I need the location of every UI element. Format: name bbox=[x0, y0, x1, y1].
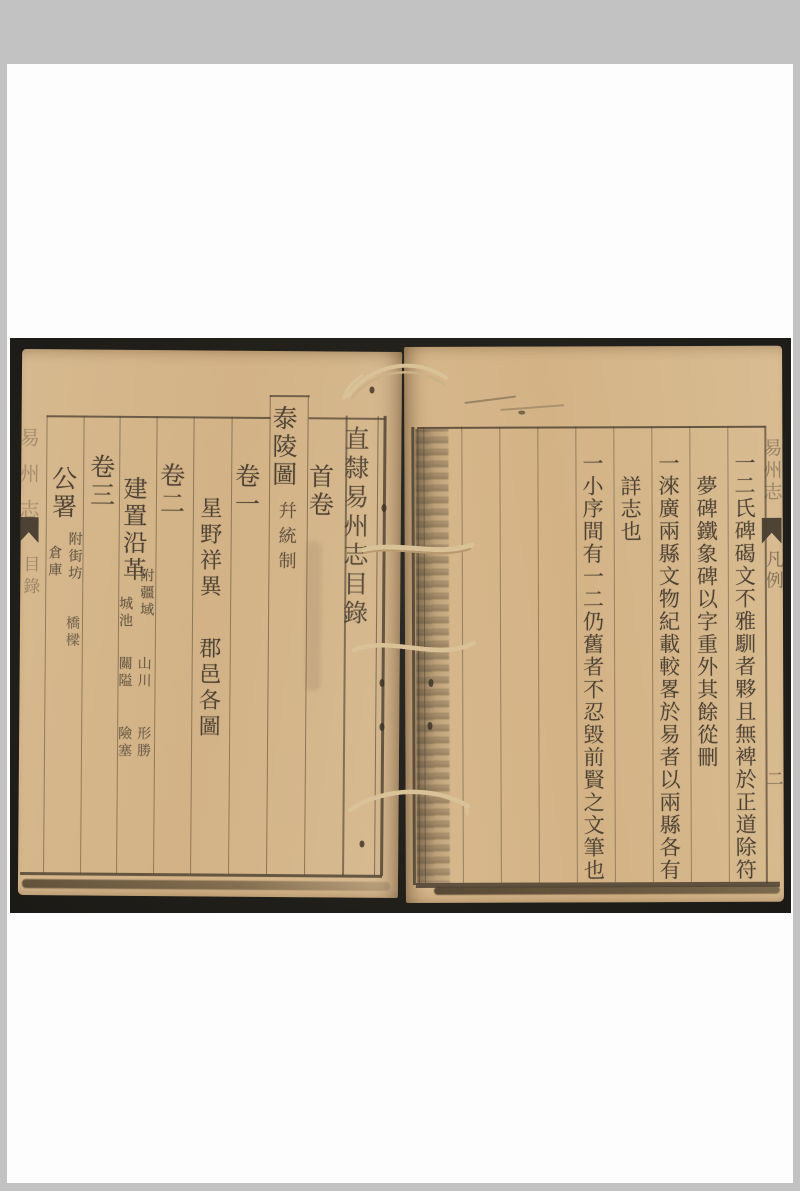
frame-rule-line bbox=[689, 426, 692, 882]
toc-juan2-note-l1: 城池 bbox=[118, 596, 132, 630]
toc-juan2-note-r2: 山川 bbox=[136, 656, 150, 690]
toc-juan1: 卷一 bbox=[233, 463, 258, 519]
toc-juan2-note-r1: 附疆域 bbox=[139, 568, 153, 619]
frame-rule-line bbox=[537, 427, 540, 883]
right-page-fanli: 易州志 凡例 二 一二氏碑碣文不雅馴者夥且無裨於正道除符夢碑鐵象碑以字重外其餘從… bbox=[404, 346, 784, 903]
frame-rule-line bbox=[651, 426, 654, 882]
frame-rule-line bbox=[374, 416, 379, 876]
toc-tailingtu: 泰陵圖 bbox=[271, 405, 297, 489]
frame-rule-line bbox=[575, 426, 578, 882]
frame-rule-line bbox=[270, 395, 310, 397]
book-photograph: 易州志 目錄 直隸易州志目錄首卷泰陵圖幷統制卷一星野祥異郡邑各圖卷二建置沿革附疆… bbox=[10, 338, 791, 913]
toc-juan3-note-r1: 附街坊 bbox=[67, 531, 81, 582]
frame-rule-line bbox=[499, 427, 502, 883]
fanli-line1: 一二氏碑碣文不雅馴者夥且無裨於正道除符 bbox=[733, 452, 755, 881]
toc-juan2-note-r3: 形勝 bbox=[136, 726, 150, 760]
fanli-line2: 一淶廣兩縣文物紀載較畧於易者以兩縣各有 bbox=[657, 452, 679, 881]
pencil-scribble bbox=[464, 395, 516, 404]
fanli-line2-cont: 詳志也 bbox=[619, 475, 640, 543]
frame-rule-line bbox=[417, 426, 765, 429]
toc-juan3-item: 公署 bbox=[50, 465, 75, 521]
fishtail-mark bbox=[19, 517, 39, 543]
ink-smear bbox=[22, 879, 390, 891]
toc-tailingtu-note: 幷統制 bbox=[276, 501, 295, 576]
toc-juan2: 卷二 bbox=[158, 462, 183, 518]
frame-rule-line bbox=[613, 426, 616, 882]
toc-juan2-note-l2: 關隘 bbox=[117, 656, 131, 690]
frame-rule-line bbox=[190, 416, 195, 874]
toc-juan3-note-l1: 倉庫 bbox=[47, 545, 61, 579]
fanli-line3: 一小序間有一二仍舊者不忍毀前賢之文筆也 bbox=[581, 452, 603, 881]
ink-ghost-smudge bbox=[305, 541, 321, 691]
toc-shoujuan: 首卷 bbox=[307, 463, 332, 519]
frame-rule-line bbox=[80, 416, 85, 874]
toc-title: 直隸易州志目錄 bbox=[341, 426, 368, 629]
toc-juan3-note-r2: 橋樑 bbox=[65, 615, 79, 649]
frame-rule-line bbox=[43, 415, 48, 873]
frame-rule-line bbox=[380, 416, 387, 876]
ink-spot bbox=[518, 411, 525, 415]
fanli-line1-cont: 夢碑鐵象碑以字重外其餘從刪 bbox=[695, 475, 717, 769]
toc-juan1-item1: 星野祥異 bbox=[197, 496, 220, 600]
frame-rule-line bbox=[20, 872, 382, 878]
pencil-scribble bbox=[500, 404, 564, 411]
ink-smear-band bbox=[415, 429, 450, 883]
toc-juan1-item2: 郡邑各圖 bbox=[196, 636, 219, 740]
frame-rule-line bbox=[461, 427, 464, 883]
toc-juan2-note-l3: 險塞 bbox=[117, 726, 131, 760]
left-page-toc: 易州志 目錄 直隸易州志目錄首卷泰陵圖幷統制卷一星野祥異郡邑各圖卷二建置沿革附疆… bbox=[18, 349, 402, 898]
frame-rule-line bbox=[727, 426, 730, 882]
scanned-book-page-view: { "colors": { "backdrop_gray": "#c2c2c2"… bbox=[0, 0, 800, 1191]
frame-rule-line bbox=[47, 415, 271, 419]
banxin-section-label: 目錄 bbox=[20, 555, 37, 599]
toc-juan3: 卷三 bbox=[88, 454, 113, 510]
